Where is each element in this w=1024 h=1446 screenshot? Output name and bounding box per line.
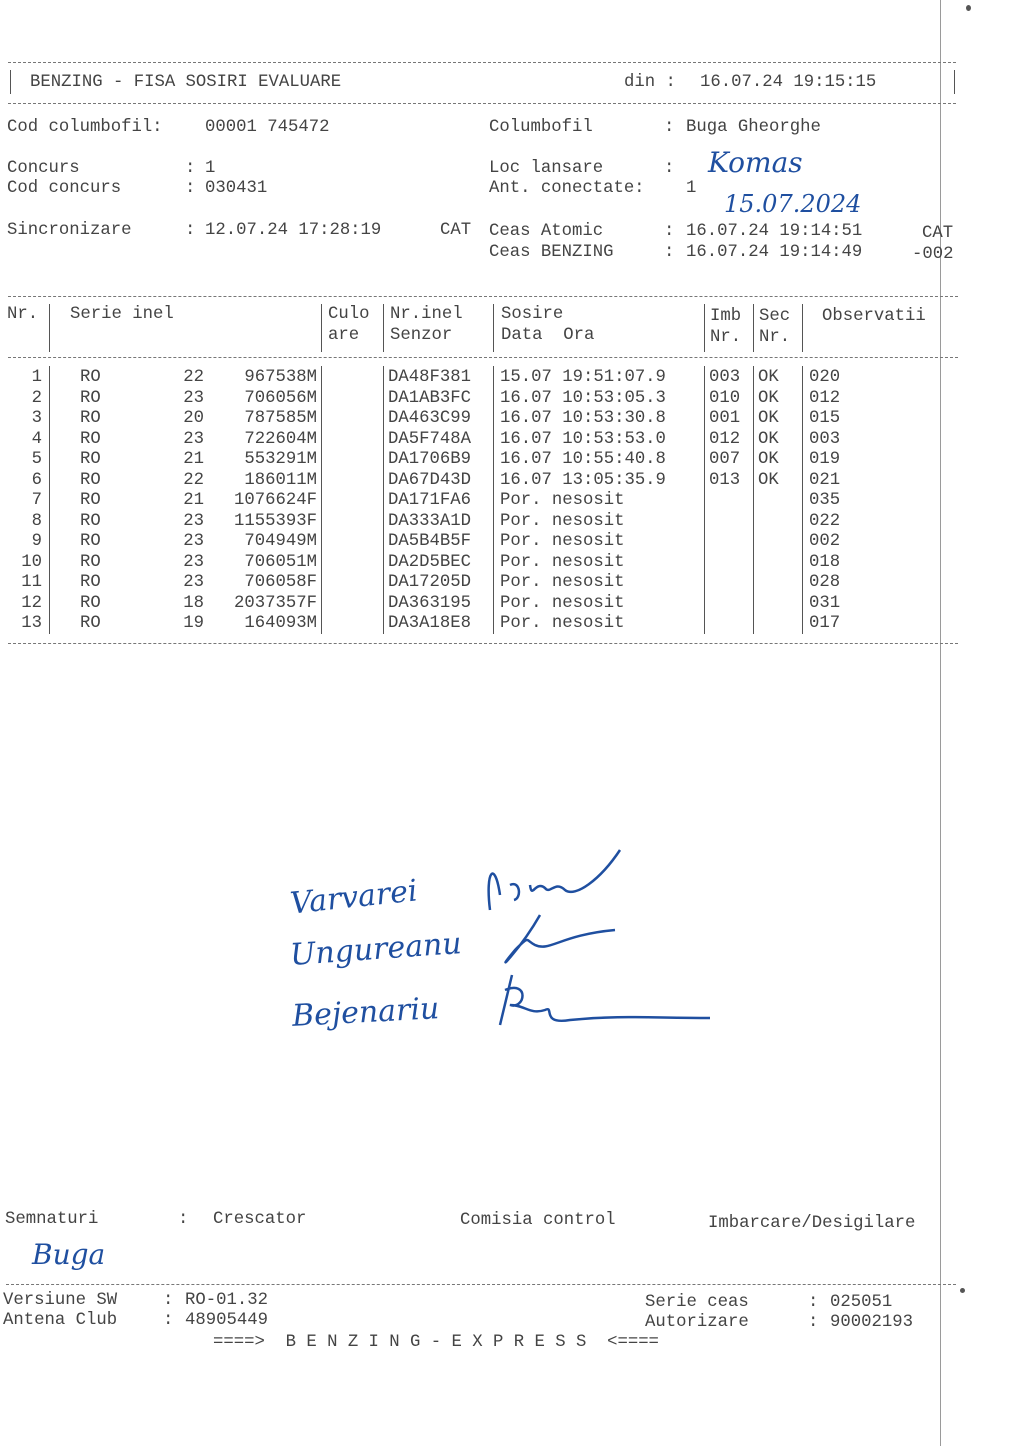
cell-ring: 2037357F: [205, 594, 317, 615]
cell-obs: 022: [809, 512, 840, 533]
cell-nr: 4: [0, 430, 42, 451]
cod-concurs-colon: :: [185, 179, 195, 199]
cell-year: 21: [150, 491, 204, 512]
versiune-sw-value: RO-01.32: [185, 1291, 268, 1311]
din-label: din :: [624, 73, 676, 93]
col-rule: [49, 366, 50, 634]
cell-arrival: Por. nesosit: [500, 573, 624, 594]
cell-country: RO: [80, 471, 101, 492]
cell-sensor: DA17205D: [388, 573, 471, 594]
cell-imb: 012: [709, 430, 740, 451]
cell-obs: 020: [809, 368, 840, 389]
cell-arrival: Por. nesosit: [500, 553, 624, 574]
handwritten-signature-strokes: [470, 840, 750, 1040]
cod-concurs-label: Cod concurs: [7, 179, 121, 199]
col-rule: [704, 366, 705, 634]
cod-concurs-value: 030431: [205, 179, 267, 199]
cell-nr: 11: [0, 573, 42, 594]
ant-conectate-value: 1: [686, 179, 696, 199]
header-bottom-border: [8, 103, 956, 104]
cell-ring: 186011M: [205, 471, 317, 492]
cell-nr: 8: [0, 512, 42, 533]
cell-sensor: DA5B4B5F: [388, 532, 471, 553]
cell-nr: 6: [0, 471, 42, 492]
cell-country: RO: [80, 573, 101, 594]
cell-arrival: 16.07 10:53:05.3: [500, 389, 666, 410]
cell-obs: 035: [809, 491, 840, 512]
col-header-sosire: Sosire: [501, 305, 563, 326]
cell-sensor: DA1706B9: [388, 450, 471, 471]
ceas-benzing-label: Ceas BENZING: [489, 243, 613, 263]
loc-lansare-colon: :: [664, 159, 674, 179]
cod-columbofil-label: Cod columbofil:: [7, 118, 163, 138]
cell-ring: 553291M: [205, 450, 317, 471]
signatory-name-1: Varvarei: [289, 873, 420, 921]
col-rule: [321, 366, 322, 634]
cell-year: 19: [150, 614, 204, 635]
cell-nr: 13: [0, 614, 42, 635]
col-header-nr: Nr.: [7, 305, 38, 326]
header-top-border: [8, 62, 956, 63]
antena-club-label: Antena Club: [3, 1311, 117, 1331]
cell-country: RO: [80, 614, 101, 635]
table-header-separator: [8, 357, 958, 358]
columbofil-label: Columbofil: [489, 118, 593, 138]
cod-columbofil-value: 00001 745472: [205, 118, 329, 138]
table-bottom-border: [8, 643, 958, 644]
scan-artifact-line: [940, 0, 941, 1446]
cell-sensor: DA5F748A: [388, 430, 471, 451]
sincronizare-tz: CAT: [440, 221, 471, 241]
ceas-benzing-colon: :: [664, 243, 674, 263]
cell-sec: OK: [758, 430, 779, 451]
col-rule: [493, 304, 494, 352]
ceas-atomic-colon: :: [664, 222, 674, 242]
cell-country: RO: [80, 553, 101, 574]
col-rule: [493, 366, 494, 634]
cell-sec: OK: [758, 409, 779, 430]
imbarcare-desigilare-label: Imbarcare/Desigilare: [708, 1214, 915, 1234]
ceas-atomic-tz: CAT: [922, 224, 953, 244]
cell-country: RO: [80, 532, 101, 553]
antena-colon: :: [163, 1311, 173, 1331]
cell-arrival: Por. nesosit: [500, 532, 624, 553]
cell-sec: OK: [758, 389, 779, 410]
cell-country: RO: [80, 368, 101, 389]
cell-country: RO: [80, 491, 101, 512]
header-right-border: [954, 70, 955, 94]
cell-obs: 031: [809, 594, 840, 615]
cell-year: 22: [150, 471, 204, 492]
cell-imb: 003: [709, 368, 740, 389]
ant-conectate-label: Ant. conectate:: [489, 179, 645, 199]
autorizare-value: 90002193: [830, 1313, 913, 1333]
cell-sec: OK: [758, 368, 779, 389]
cell-ring: 706051M: [205, 553, 317, 574]
cell-imb: 010: [709, 389, 740, 410]
cell-country: RO: [80, 594, 101, 615]
cell-year: 21: [150, 450, 204, 471]
crescator-label: Crescator: [213, 1210, 306, 1230]
col-rule: [49, 304, 50, 352]
cell-nr: 1: [0, 368, 42, 389]
scan-speck: [966, 5, 971, 11]
cell-country: RO: [80, 512, 101, 533]
versiune-sw-label: Versiune SW: [3, 1291, 117, 1311]
semnaturi-label: Semnaturi: [5, 1210, 98, 1230]
table-top-border: [8, 296, 958, 297]
cell-ring: 704949M: [205, 532, 317, 553]
cell-ring: 706056M: [205, 389, 317, 410]
cell-sec: OK: [758, 450, 779, 471]
versiune-colon: :: [163, 1291, 173, 1311]
col-rule: [704, 304, 705, 352]
cell-nr: 3: [0, 409, 42, 430]
cell-sensor: DA48F381: [388, 368, 471, 389]
col-header-imb: Imb: [710, 307, 741, 328]
col-header-nr-inel: Nr.inel: [390, 305, 463, 326]
cell-sensor: DA67D43D: [388, 471, 471, 492]
cell-arrival: 15.07 19:51:07.9: [500, 368, 666, 389]
sincronizare-value: 12.07.24 17:28:19: [205, 221, 381, 241]
col-rule: [383, 304, 384, 352]
cell-imb: 001: [709, 409, 740, 430]
cell-obs: 021: [809, 471, 840, 492]
col-header-observatii: Observatii: [822, 307, 926, 328]
concurs-label: Concurs: [7, 159, 80, 179]
cell-imb: 013: [709, 471, 740, 492]
cell-year: 23: [150, 573, 204, 594]
cell-arrival: Por. nesosit: [500, 614, 624, 635]
col-rule: [321, 304, 322, 352]
cell-year: 18: [150, 594, 204, 615]
col-header-culoare-2: are: [328, 326, 359, 347]
cell-ring: 1155393F: [205, 512, 317, 533]
col-header-serie-inel: Serie inel: [70, 305, 174, 326]
cell-imb: 007: [709, 450, 740, 471]
cell-year: 22: [150, 368, 204, 389]
col-header-senzor: Senzor: [390, 326, 452, 347]
signatory-name-3: Bejenariu: [291, 991, 440, 1034]
cell-year: 23: [150, 532, 204, 553]
cell-obs: 012: [809, 389, 840, 410]
semnaturi-colon: :: [178, 1210, 188, 1230]
cell-obs: 019: [809, 450, 840, 471]
cell-ring: 706058F: [205, 573, 317, 594]
cell-sec: OK: [758, 471, 779, 492]
columbofil-value: Buga Gheorghe: [686, 118, 821, 138]
brand-footer-line: ====> B E N Z I N G - E X P R E S S <===…: [213, 1333, 659, 1353]
col-header-culoare: Culo: [328, 305, 369, 326]
concurs-value: 1: [205, 159, 215, 179]
col-header-sec-nr: Nr.: [759, 328, 790, 349]
cell-ring: 722604M: [205, 430, 317, 451]
cell-country: RO: [80, 409, 101, 430]
col-rule: [802, 366, 803, 634]
cell-sensor: DA171FA6: [388, 491, 471, 512]
cell-country: RO: [80, 450, 101, 471]
loc-lansare-handwritten: Komas: [708, 146, 803, 179]
cell-sensor: DA2D5BEC: [388, 553, 471, 574]
cell-country: RO: [80, 430, 101, 451]
cell-obs: 015: [809, 409, 840, 430]
ceas-atomic-label: Ceas Atomic: [489, 222, 603, 242]
cell-nr: 9: [0, 532, 42, 553]
cell-year: 23: [150, 389, 204, 410]
col-header-data-ora: Data Ora: [501, 326, 594, 347]
cell-sensor: DA463C99: [388, 409, 471, 430]
document-title: BENZING - FISA SOSIRI EVALUARE: [30, 73, 341, 93]
handwritten-date: 15.07.2024: [724, 190, 861, 218]
cell-obs: 002: [809, 532, 840, 553]
cell-arrival: 16.07 10:53:30.8: [500, 409, 666, 430]
cell-year: 20: [150, 409, 204, 430]
cell-ring: 787585M: [205, 409, 317, 430]
cell-nr: 5: [0, 450, 42, 471]
cell-obs: 018: [809, 553, 840, 574]
cell-arrival: Por. nesosit: [500, 594, 624, 615]
cell-ring: 164093M: [205, 614, 317, 635]
cell-sensor: DA1AB3FC: [388, 389, 471, 410]
cell-arrival: Por. nesosit: [500, 491, 624, 512]
cell-ring: 967538M: [205, 368, 317, 389]
col-header-sec: Sec: [759, 307, 790, 328]
sincronizare-colon: :: [185, 221, 195, 241]
ceas-benzing-value: 16.07.24 19:14:49: [686, 243, 862, 263]
ceas-benzing-offset: -002: [912, 245, 953, 265]
cell-sensor: DA333A1D: [388, 512, 471, 533]
cell-year: 23: [150, 553, 204, 574]
col-rule: [753, 366, 754, 634]
comisia-control-label: Comisia control: [460, 1211, 616, 1231]
cell-obs: 017: [809, 614, 840, 635]
concurs-colon: :: [185, 159, 195, 179]
sincronizare-label: Sincronizare: [7, 221, 131, 241]
cell-ring: 1076624F: [205, 491, 317, 512]
autorizare-label: Autorizare: [645, 1313, 749, 1333]
cell-arrival: 16.07 10:55:40.8: [500, 450, 666, 471]
cell-nr: 2: [0, 389, 42, 410]
col-rule: [802, 304, 803, 352]
cell-arrival: 16.07 10:53:53.0: [500, 430, 666, 451]
footer-separator: [6, 1284, 956, 1285]
col-rule: [753, 304, 754, 352]
cell-arrival: Por. nesosit: [500, 512, 624, 533]
antena-club-value: 48905449: [185, 1311, 268, 1331]
serie-ceas-value: 025051: [830, 1293, 892, 1313]
col-rule: [383, 366, 384, 634]
serie-ceas-label: Serie ceas: [645, 1293, 749, 1313]
cell-year: 23: [150, 430, 204, 451]
signatory-name-2: Ungureanu: [289, 926, 463, 973]
col-header-imb-nr: Nr.: [710, 328, 741, 349]
crescator-signature: Buga: [32, 1238, 105, 1271]
ceas-atomic-value: 16.07.24 19:14:51: [686, 222, 862, 242]
cell-country: RO: [80, 389, 101, 410]
scan-speck: [960, 1288, 965, 1293]
serie-ceas-colon: :: [808, 1293, 818, 1313]
cell-obs: 003: [809, 430, 840, 451]
cell-obs: 028: [809, 573, 840, 594]
cell-arrival: 16.07 13:05:35.9: [500, 471, 666, 492]
loc-lansare-label: Loc lansare: [489, 159, 603, 179]
din-value: 16.07.24 19:15:15: [700, 73, 876, 93]
autorizare-colon: :: [808, 1313, 818, 1333]
cell-year: 23: [150, 512, 204, 533]
columbofil-colon: :: [664, 118, 674, 138]
cell-nr: 7: [0, 491, 42, 512]
cell-sensor: DA363195: [388, 594, 471, 615]
cell-nr: 10: [0, 553, 42, 574]
cell-sensor: DA3A18E8: [388, 614, 471, 635]
cell-nr: 12: [0, 594, 42, 615]
header-left-border: [10, 70, 11, 94]
